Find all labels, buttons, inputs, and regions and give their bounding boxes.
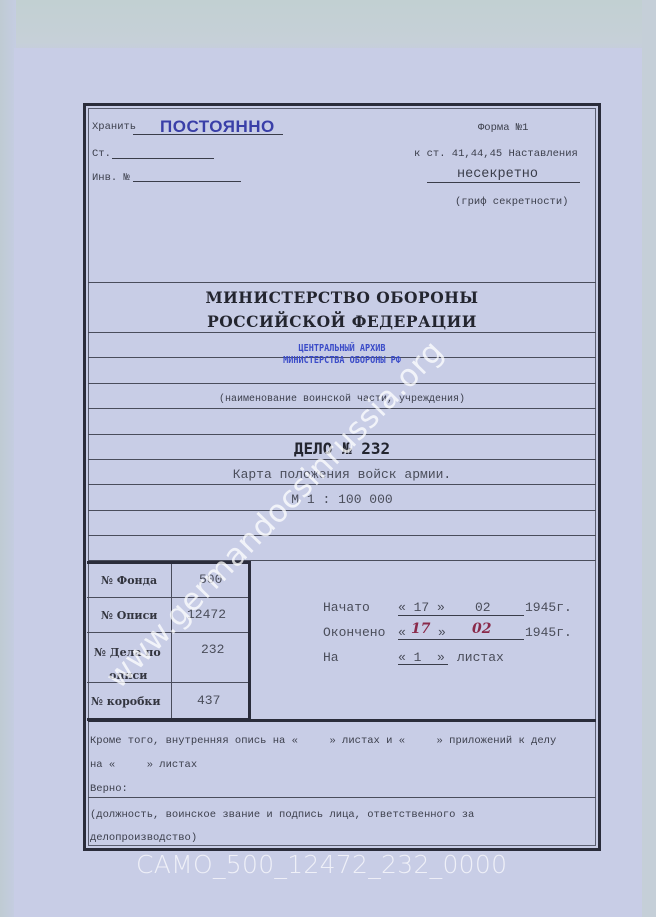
footer-verified: Верно: [90, 783, 128, 795]
rule-line [88, 510, 596, 511]
sheets-label: На [323, 650, 339, 665]
rule-line [88, 535, 596, 536]
rule-line [88, 282, 596, 283]
inv-underline [133, 181, 241, 182]
secrecy-underline [427, 182, 580, 183]
footer-inventory-line1: Кроме того, внутренняя опись на « » лист… [90, 735, 556, 747]
secrecy-caption: (гриф секретности) [455, 196, 568, 208]
ended-month-handwritten: 02 [472, 621, 491, 637]
started-month: 02 [475, 600, 491, 615]
ended-year: 1945г. [525, 625, 572, 640]
footer-responsible-line2: делопроизводство) [90, 832, 197, 844]
ministry-line1: МИНИСТЕРСТВО ОБОРОНЫ [88, 288, 596, 307]
ministry-line2: РОССИЙСКОЙ ФЕДЕРАЦИИ [88, 312, 596, 331]
archive-stamp-line2: МИНИСТЕРСТВА ОБОРОНЫ РФ [126, 355, 558, 366]
archive-stamp-line1: ЦЕНТРАЛЬНЫЙ АРХИВ [126, 343, 558, 354]
table-label-fond: № Фонда [101, 574, 157, 587]
store-stamp: ПОСТОЯННО [160, 117, 275, 137]
inv-label: Инв. № [92, 172, 130, 184]
started-label: Начато [323, 600, 370, 615]
rule-line [88, 484, 596, 485]
table-bottom-rule [88, 719, 596, 722]
articles-reference: к ст. 41,44,45 Наставления [414, 148, 578, 160]
store-label: Хранить [92, 121, 136, 133]
ended-label: Окончено [323, 625, 385, 640]
ended-day-open: « [398, 625, 406, 640]
table-label-box: № коробки [91, 695, 161, 708]
rule-line [88, 332, 596, 333]
case-scale: М 1 : 100 000 [88, 492, 596, 507]
image-id-caption: CAMO_500_12472_232_0000 [136, 850, 507, 879]
ended-underline [398, 639, 524, 640]
started-underline [398, 615, 524, 616]
table-value-delo: 232 [201, 642, 224, 657]
sheets-value: « 1 » [398, 650, 445, 665]
unit-caption: (наименование воинской части, учреждения… [88, 394, 596, 405]
form-number: Форма №1 [478, 122, 528, 134]
footer-rule [88, 797, 596, 798]
sheets-underline [398, 664, 448, 665]
started-day: « 17 » [398, 600, 445, 615]
started-year: 1945г. [525, 600, 572, 615]
sheets-suffix: листах [457, 650, 504, 665]
ended-day-handwritten: 17 [411, 621, 430, 637]
ended-day-close: » [438, 625, 446, 640]
footer-inventory-line2: на « » листах [90, 759, 197, 771]
rule-line [88, 408, 596, 409]
footer-responsible-line1: (должность, воинское звание и подпись ли… [90, 809, 474, 821]
st-label: Ст. [92, 148, 111, 160]
st-underline [112, 158, 214, 159]
table-value-box: 437 [197, 693, 220, 708]
rule-line [88, 383, 596, 384]
background-right [642, 0, 656, 917]
secrecy-value: несекретно [457, 167, 538, 182]
